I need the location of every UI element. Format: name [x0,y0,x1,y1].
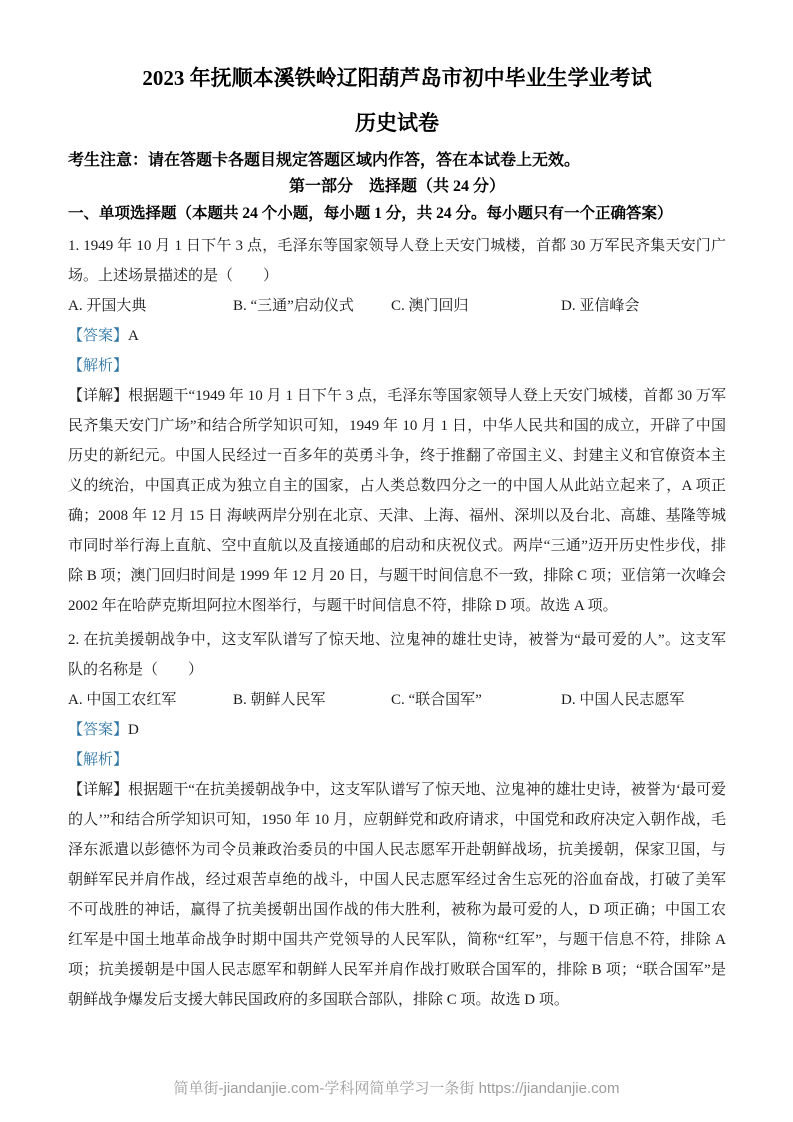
exam-subtitle: 历史试卷 [68,107,726,139]
exam-title: 2023 年抚顺本溪铁岭辽阳葫芦岛市初中毕业生学业考试 [68,62,726,94]
answer-label: 【答案】 [68,328,128,344]
candidate-notice: 考生注意：请在答题卡各题目规定答题区域内作答，答在本试卷上无效。 [68,148,726,173]
question-2-option-c: C. “联合国军” [391,685,561,715]
exam-page: 2023 年抚顺本溪铁岭辽阳葫芦岛市初中毕业生学业考试 历史试卷 考生注意：请在… [0,0,793,1122]
answer-value: D [128,722,139,738]
detail-label: 【详解】 [68,388,128,404]
question-2-analysis-line: 【解析】 [68,745,726,775]
question-1-answer-line: 【答案】A [68,321,726,351]
question-1: 1. 1949 年 10 月 1 日下午 3 点，毛泽东等国家领导人登上天安门城… [68,231,726,621]
detail-text: 根据题干“在抗美援朝战争中，这支军队谱写了惊天地、泣鬼神的雄壮史诗，被誉为‘最可… [68,782,726,1008]
question-2-answer-line: 【答案】D [68,715,726,745]
detail-text: 根据题干“1949 年 10 月 1 日下午 3 点，毛泽东等国家领导人登上天安… [68,388,726,614]
question-1-option-c: C. 澳门回归 [391,291,561,321]
question-1-option-d: D. 亚信峰会 [561,291,726,321]
question-2-options: A. 中国工农红军 B. 朝鲜人民军 C. “联合国军” D. 中国人民志愿军 [68,685,726,715]
question-1-options: A. 开国大典 B. “三通”启动仪式 C. 澳门回归 D. 亚信峰会 [68,291,726,321]
question-2-option-d: D. 中国人民志愿军 [561,685,726,715]
question-1-detail: 【详解】根据题干“1949 年 10 月 1 日下午 3 点，毛泽东等国家领导人… [68,381,726,621]
analysis-label: 【解析】 [68,752,128,768]
detail-label: 【详解】 [68,782,128,798]
footer-watermark: 简单街-jiandanjie.com-学科网简单学习一条街 https://ji… [0,1077,793,1098]
question-1-option-b: B. “三通”启动仪式 [233,291,391,321]
question-2-option-a: A. 中国工农红军 [68,685,233,715]
section-header: 一、单项选择题（本题共 24 个小题，每小题 1 分，共 24 分。每小题只有一… [68,200,726,227]
answer-label: 【答案】 [68,722,128,738]
question-1-option-a: A. 开国大典 [68,291,233,321]
question-1-analysis-line: 【解析】 [68,351,726,381]
question-1-stem: 1. 1949 年 10 月 1 日下午 3 点，毛泽东等国家领导人登上天安门城… [68,231,726,291]
question-2-stem: 2. 在抗美援朝战争中，这支军队谱写了惊天地、泣鬼神的雄壮史诗，被誉为“最可爱的… [68,625,726,685]
part-header: 第一部分 选择题（共 24 分） [68,173,726,200]
analysis-label: 【解析】 [68,358,128,374]
answer-value: A [128,328,139,344]
question-2-detail: 【详解】根据题干“在抗美援朝战争中，这支军队谱写了惊天地、泣鬼神的雄壮史诗，被誉… [68,775,726,1015]
question-2: 2. 在抗美援朝战争中，这支军队谱写了惊天地、泣鬼神的雄壮史诗，被誉为“最可爱的… [68,625,726,1015]
question-2-option-b: B. 朝鲜人民军 [233,685,391,715]
